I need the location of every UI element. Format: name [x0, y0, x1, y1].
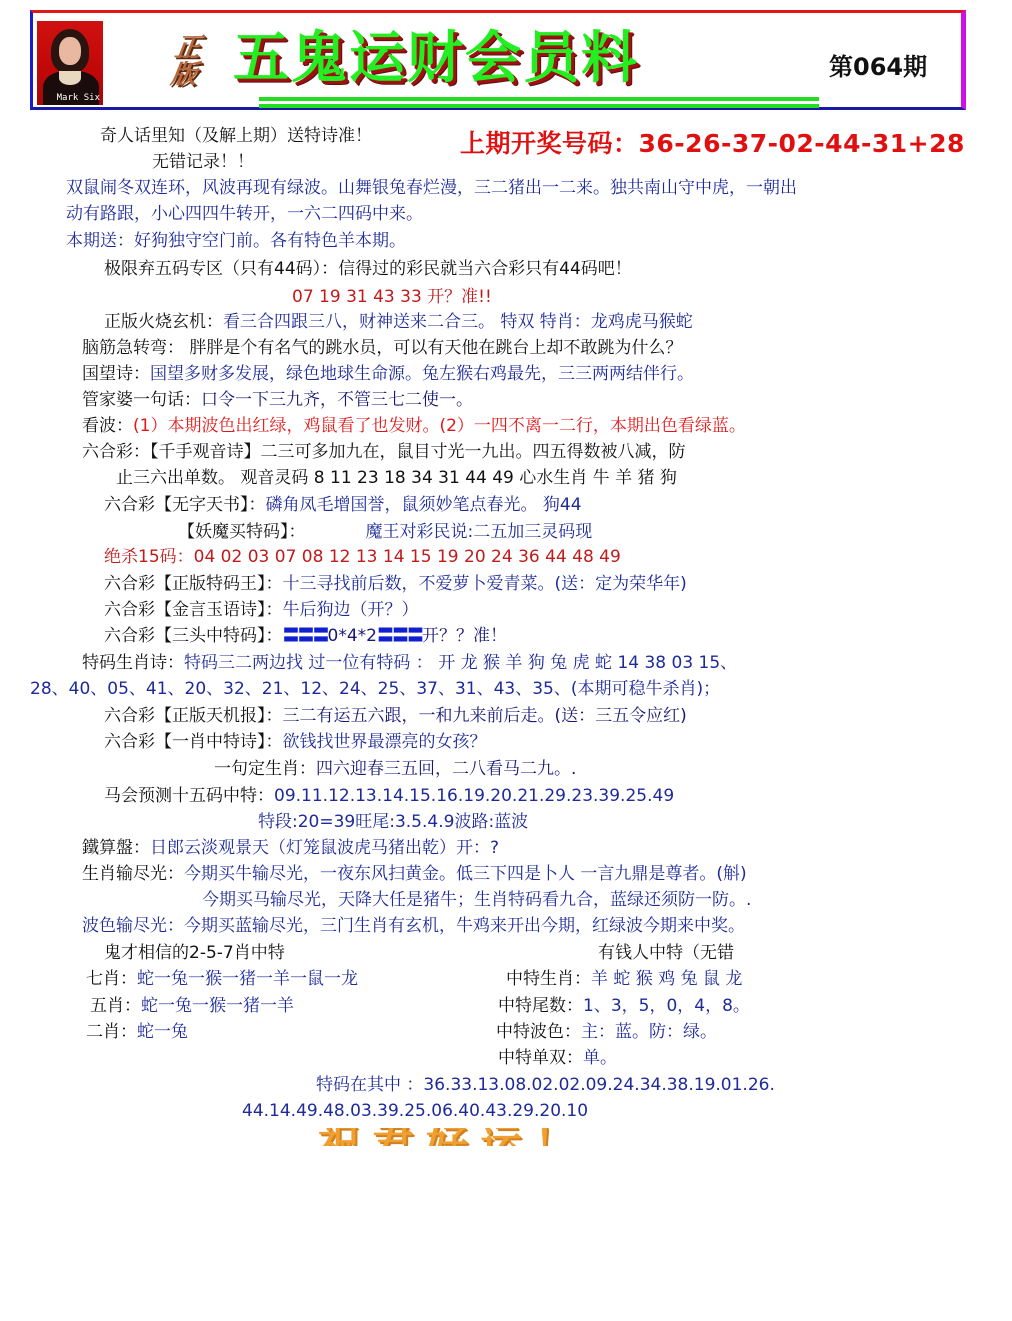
special-codes-line-2: 44.14.49.48.03.39.25.06.40.43.29.20.10 [242, 1099, 588, 1123]
row-mahui: 马会预测十五码中特：09.11.12.13.14.15.16.19.20.21.… [104, 784, 674, 808]
row-tema-shengxiao: 特码生肖诗：特码三二两边找 过一位有特码 ： 开 龙 猴 羊 狗 兔 虎 蛇 1… [82, 651, 737, 675]
right-box-title: 有钱人中特（无错 [598, 941, 734, 965]
poem-line-2: 动有路跟，小心四四牛转开，一六二四码中来。 [66, 202, 423, 226]
row-bose-lose: 波色输尽光：今期买蓝输尽光，三门生肖有玄机，牛鸡来开出今期，红绿波今期来中奖。 [82, 914, 745, 938]
last-draw-result: 上期开奖号码：36-26-37-02-44-31+28 [460, 132, 965, 156]
row-shengxiao-lose-cont: 今期买马输尽光，天降大任是猪牛；生肖特码看九合，蓝绿还须防一防。. [202, 888, 751, 912]
row-juesha: 绝杀15码：04 02 03 07 08 12 13 14 15 19 20 2… [104, 545, 621, 569]
zhengban-logo: 正版 [169, 35, 217, 89]
row-tema-shengxiao-cont: 28、40、05、41、20、32、21、12、24、25、37、31、43、3… [30, 677, 720, 701]
last-draw-numbers: 36-26-37-02-44-31+28 [639, 129, 965, 158]
row-yaomo: 【妖魔买特码】：魔王对彩民说:二五加三灵码现 [178, 520, 592, 544]
row-jinyan: 六合彩【金言玉语诗】：牛后狗边（开？） [104, 598, 419, 622]
left-item-seven: 七肖：蛇一兔一猴一猪一羊一鼠一龙 [86, 967, 358, 991]
block-glyphs: 〓〓〓 [377, 626, 422, 646]
page-title: 五鬼运财会员料 [233, 27, 639, 91]
poem-gift: 本期送：好狗独守空门前。各有特色羊本期。 [66, 229, 406, 253]
row-huoshao: 正版火烧玄机：看三合四跟三八，财神送来二合三。 特双 特肖：龙鸡虎马猴蛇 [104, 310, 693, 334]
row-tiesuanpan: 鐵算盤：日郎云淡观景天（灯笼鼠波虎马猪出乾）开：? [82, 836, 499, 860]
five-codes-numbers: 07 19 31 43 33 开？准!! [292, 285, 492, 309]
right-item-shengxiao: 中特生肖：羊 蛇 猴 鸡 兔 鼠 龙 [506, 967, 742, 991]
title-underline [259, 97, 819, 111]
intro-line-2: 无错记录！！ [152, 150, 254, 174]
left-item-five: 五肖：蛇一兔一猴一猪一羊 [90, 994, 294, 1018]
row-santou: 六合彩【三头中特码】：〓〓〓0*4*2〓〓〓开？？准！ [104, 624, 507, 648]
photo-caption: Mark Six [57, 93, 100, 103]
row-brain-teaser: 脑筋急转弯： 胖胖是个有名气的跳水员，可以有天他在跳台上却不敢跳为什么？ [82, 336, 682, 360]
left-item-two: 二肖：蛇一兔 [86, 1020, 188, 1044]
poem-line-1: 双鼠闹冬双连环，风波再现有绿波。山舞银兔春烂漫，三二猪出一二来。独共南山守中虎，… [66, 176, 797, 200]
left-box-title: 鬼才相信的2-5-7肖中特 [104, 941, 285, 965]
row-tema-wang: 六合彩【正版特码王】：十三寻找前后数，不爱萝卜爱青菜。(送：定为荣华年) [104, 572, 687, 596]
row-shengxiao-lose: 生肖输尽光：今期买牛输尽光，一夜东风扫黄金。低三下四是卜人 一言九鼎是尊者。(斛… [82, 862, 747, 886]
five-codes-title: 极限弃五码专区（只有44码）：信得过的彩民就当六合彩只有44码吧！ [104, 257, 632, 281]
row-tianji: 六合彩【正版天机报】：三二有运五六跟，一和九来前后走。(送：三五令应红) [104, 704, 687, 728]
right-item-danshuang: 中特单双：单。 [498, 1046, 617, 1070]
last-draw-label: 上期开奖号码： [460, 129, 639, 158]
block-glyphs: 〓〓〓 [283, 626, 328, 646]
row-kanbo: 看波：(1）本期波色出红绿，鸡鼠看了也发财。(2）一四不离一二行，本期出色看绿蓝… [82, 414, 746, 438]
footer-cut-banner: 祝君好运！ [318, 1128, 618, 1146]
row-yixiao: 六合彩【一肖中特诗】：欲钱找世界最漂亮的女孩？ [104, 730, 487, 754]
row-qianshou: 六合彩：【千手观音诗】二三可多加九在，鼠目寸光一九出。四五得数被八减，防 [82, 440, 686, 464]
row-guanjiapo: 管家婆一句话：口令一下三九齐，不管三七二使一。 [82, 388, 473, 412]
row-wuzi-tianshu: 六合彩【无字天书】：磷角凤毛增国誉，鼠须妙笔点春光。 狗44 [104, 493, 582, 517]
right-item-weishu: 中特尾数：1、3，5，0，4，8。 [498, 994, 750, 1018]
row-guowang: 国望诗：国望多财多发展，绿色地球生命源。兔左猴右鸡最先，三三两两结伴行。 [82, 362, 694, 386]
row-teduan: 特段:20=39旺尾:3.5.4.9波路:蓝波 [258, 810, 528, 834]
row-qianshou-cont: 止三六出单数。 观音灵码 8 11 23 18 34 31 44 49 心水生肖… [116, 466, 677, 490]
right-item-bose: 中特波色：主：蓝。防：绿。 [496, 1020, 717, 1044]
row-yiju: 一句定生肖：四六迎春三五回，二八看马二九。. [214, 757, 576, 781]
issue-number: 第064期 [829, 47, 927, 82]
header-banner: Mark Six 正版 五鬼运财会员料 第064期 [30, 10, 966, 110]
special-codes-line-1: 特码在其中 ：36.33.13.08.02.02.09.24.34.38.19.… [316, 1073, 775, 1097]
portrait-image: Mark Six [37, 21, 103, 105]
intro-line-1: 奇人话里知（及解上期）送特诗准！ [100, 124, 372, 148]
